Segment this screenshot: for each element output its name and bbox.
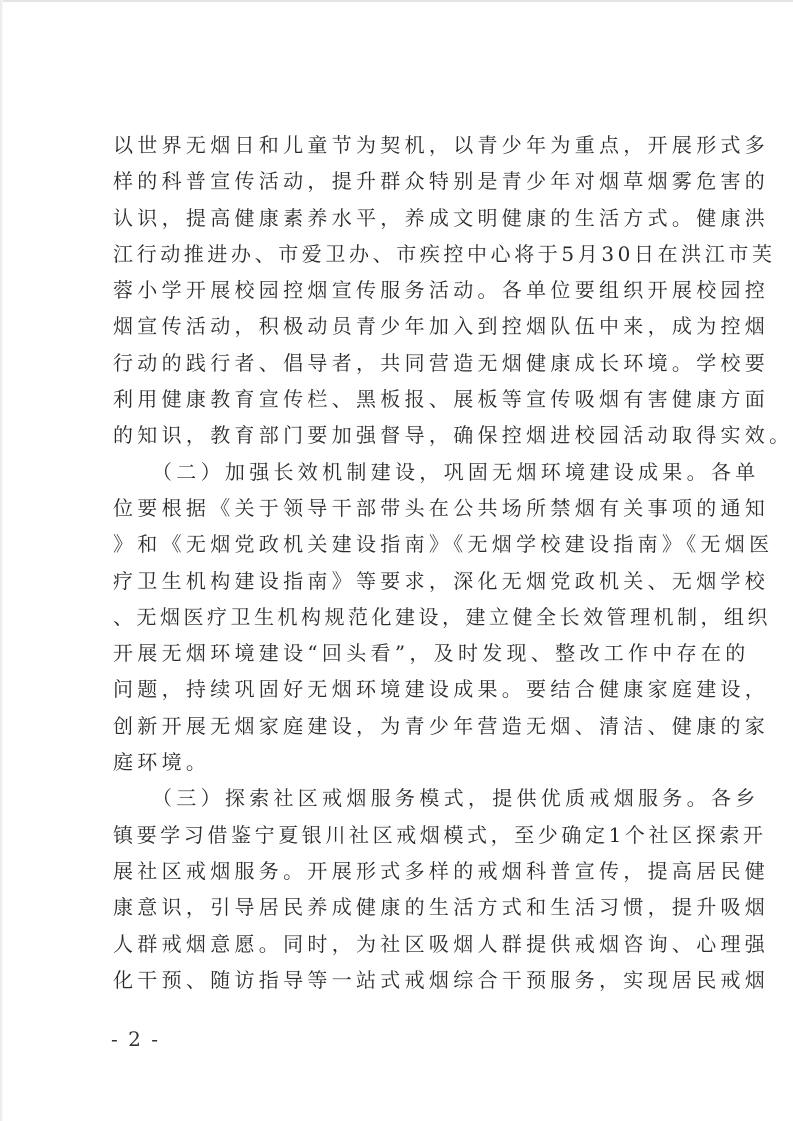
section-heading-line: （二）加强长效机制建设，巩固无烟环境建设成果。各单 bbox=[113, 454, 703, 490]
page-number: - 2 - bbox=[111, 1027, 160, 1051]
text-line: 蓉小学开展校园控烟宣传服务活动。各单位要组织开展校园控 bbox=[113, 272, 703, 308]
scan-edge-left bbox=[0, 0, 3, 1121]
text-line: 创新开展无烟家庭建设，为青少年营造无烟、清洁、健康的家 bbox=[113, 708, 703, 744]
text-line: 疗卫生机构建设指南》等要求，深化无烟党政机关、无烟学校 bbox=[113, 563, 703, 599]
section-2-paragraph: （二）加强长效机制建设，巩固无烟环境建设成果。各单 位要根据《关于领导干部带头在… bbox=[113, 454, 703, 781]
text-line: 康意识，引导居民养成健康的生活方式和生活习惯，提升吸烟 bbox=[113, 889, 703, 925]
text-line: 位要根据《关于领导干部带头在公共场所禁烟有关事项的通知 bbox=[113, 490, 703, 526]
text-line: 行动的践行者、倡导者，共同营造无烟健康成长环境。学校要 bbox=[113, 345, 703, 381]
section-3-paragraph: （三）探索社区戒烟服务模式，提供优质戒烟服务。各乡 镇要学习借鉴宁夏银川社区戒烟… bbox=[113, 780, 703, 998]
text-line: 人群戒烟意愿。同时，为社区吸烟人群提供戒烟咨询、心理强 bbox=[113, 926, 703, 962]
text-line: 镇要学习借鉴宁夏银川社区戒烟模式，至少确定1个社区探索开 bbox=[113, 817, 703, 853]
paragraph-continuation: 以世界无烟日和儿童节为契机，以青少年为重点，开展形式多 样的科普宣传活动，提升群… bbox=[113, 127, 703, 454]
text-line: 江行动推进办、市爱卫办、市疾控中心将于5月30日在洪江市芙 bbox=[113, 236, 703, 272]
text-line: 烟宣传活动，积极动员青少年加入到控烟队伍中来，成为控烟 bbox=[113, 308, 703, 344]
text-line: 化干预、随访指导等一站式戒烟综合干预服务，实现居民戒烟 bbox=[113, 962, 703, 998]
scan-edge-top bbox=[0, 0, 793, 2]
section-heading-line: （三）探索社区戒烟服务模式，提供优质戒烟服务。各乡 bbox=[113, 780, 703, 816]
text-line: 利用健康教育宣传栏、黑板报、展板等宣传吸烟有害健康方面 bbox=[113, 381, 703, 417]
text-line: 以世界无烟日和儿童节为契机，以青少年为重点，开展形式多 bbox=[113, 127, 703, 163]
text-line: 认识，提高健康素养水平，养成文明健康的生活方式。健康洪 bbox=[113, 200, 703, 236]
text-line: 样的科普宣传活动，提升群众特别是青少年对烟草烟雾危害的 bbox=[113, 163, 703, 199]
text-line: 的知识，教育部门要加强督导，确保控烟进校园活动取得实效。 bbox=[113, 417, 703, 453]
text-line: 》和《无烟党政机关建设指南》《无烟学校建设指南》《无烟医 bbox=[113, 526, 703, 562]
text-line: 庭环境。 bbox=[113, 744, 703, 780]
text-line: 展社区戒烟服务。开展形式多样的戒烟科普宣传，提高居民健 bbox=[113, 853, 703, 889]
text-line: 开展无烟环境建设“回头看”，及时发现、整改工作中存在的 bbox=[113, 635, 703, 671]
text-line: 、无烟医疗卫生机构规范化建设，建立健全长效管理机制，组织 bbox=[113, 599, 703, 635]
text-line: 问题，持续巩固好无烟环境建设成果。要结合健康家庭建设， bbox=[113, 671, 703, 707]
document-body: 以世界无烟日和儿童节为契机，以青少年为重点，开展形式多 样的科普宣传活动，提升群… bbox=[113, 127, 703, 998]
